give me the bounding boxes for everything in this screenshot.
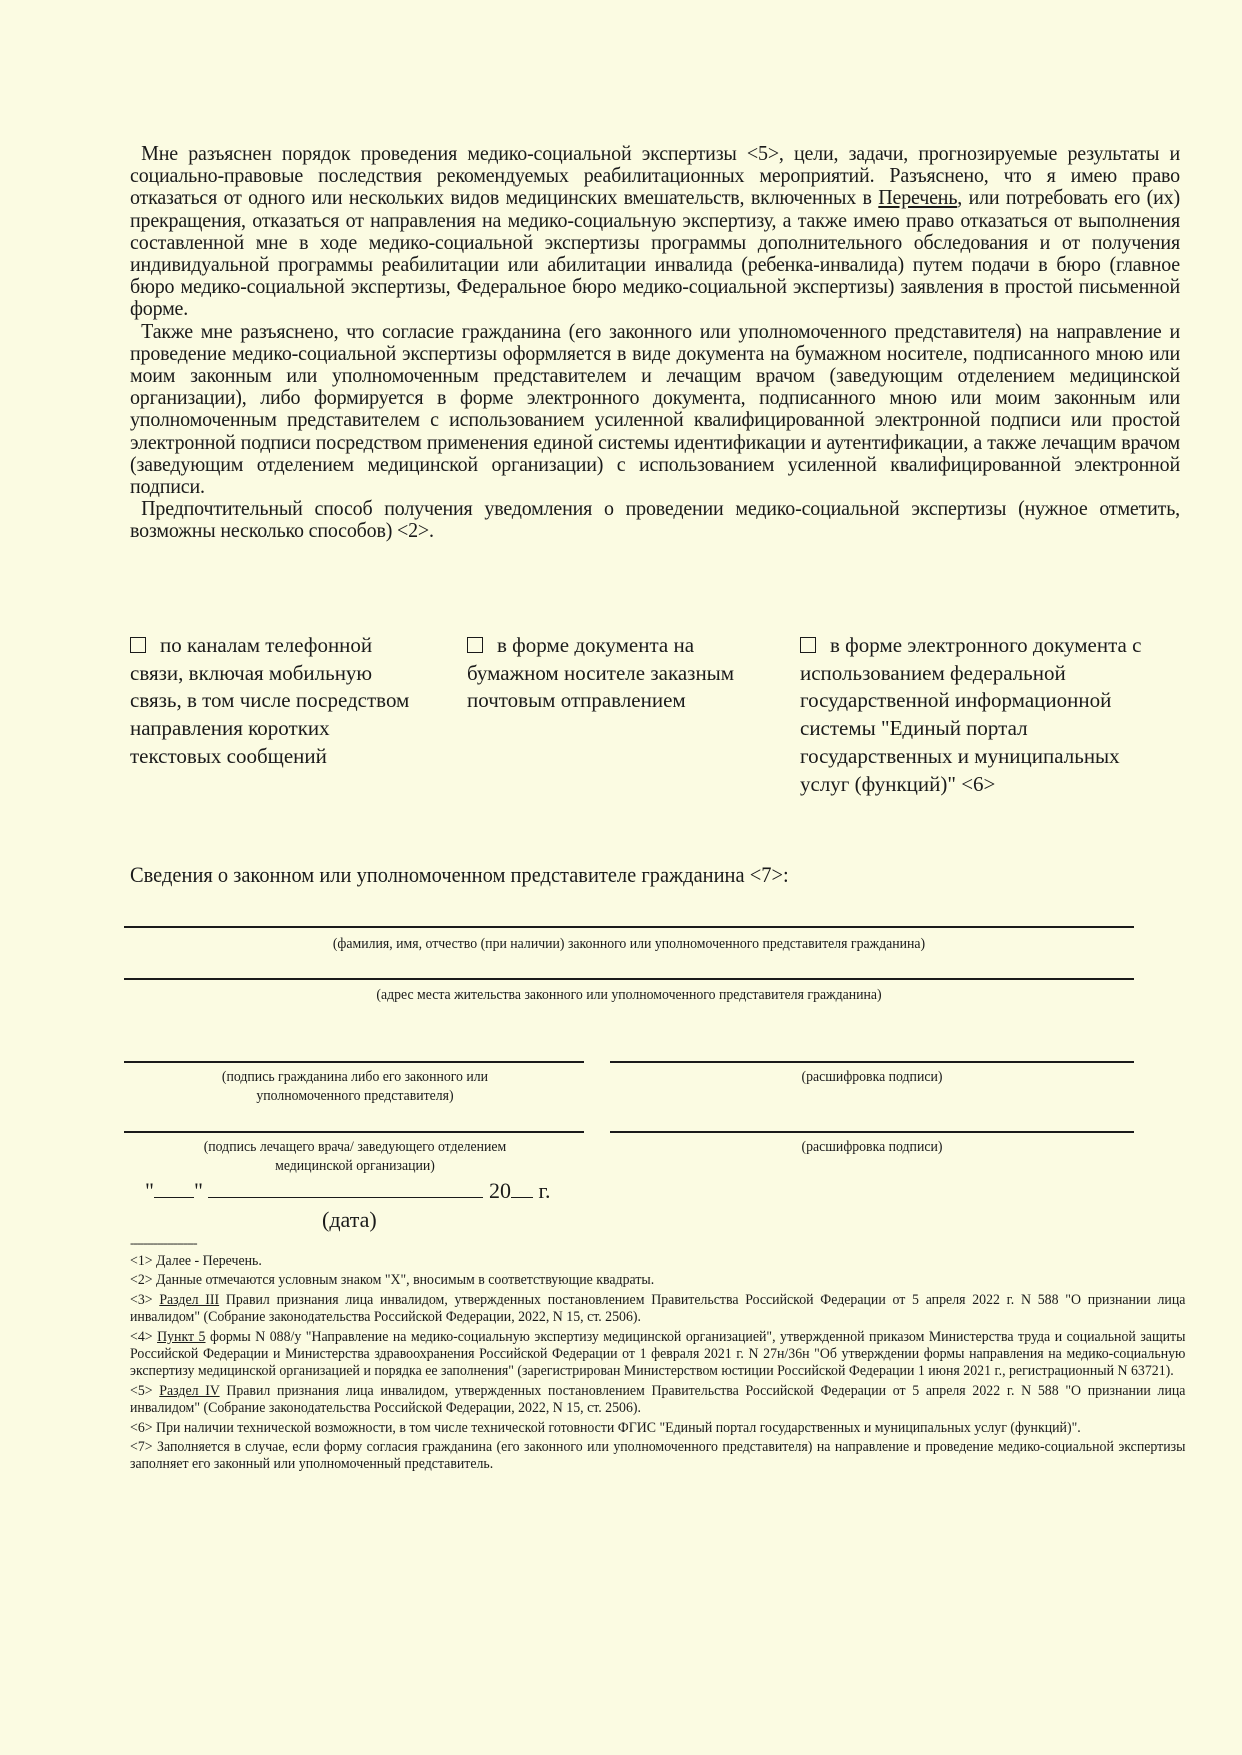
footnote-6: <6> При наличии технической возможности,… <box>130 1419 1185 1436</box>
footnote-1: <1> Далее - Перечень. <box>130 1252 1185 1269</box>
date-quote-close: " <box>194 1178 203 1204</box>
citizen-signature-caption: (подпись гражданина либо его законного и… <box>176 1068 535 1106</box>
option-phone: по каналам телефонной связи, включая моб… <box>130 632 420 771</box>
option-paper-mail: в форме документа на бумажном носителе з… <box>467 632 757 715</box>
representative-name-caption: (фамилия, имя, отчество (при наличии) за… <box>164 935 1093 954</box>
date-day-field[interactable] <box>154 1179 194 1198</box>
consent-body: Мне разъяснен порядок проведения медико-… <box>130 142 1180 542</box>
citizen-decode-caption: (расшифровка подписи) <box>631 1068 1113 1087</box>
paragraph-consent-form: Также мне разъяснено, что согласие гражд… <box>130 320 1180 498</box>
footnote-mark: <6> <box>130 1419 153 1436</box>
date-quote-open: " <box>145 1178 154 1204</box>
checkbox-paper-mail[interactable] <box>467 637 483 653</box>
citizen-decode-field[interactable] <box>610 1061 1134 1063</box>
perechen-link[interactable]: Перечень <box>878 185 957 209</box>
footnote-separator: -------------------- <box>130 1236 197 1250</box>
footnote-text: формы N 088/у "Направление на медико-соц… <box>130 1328 1185 1380</box>
footnote-mark: <3> <box>130 1291 153 1308</box>
footnote-5: <5> Раздел IV Правил признания лица инва… <box>130 1382 1185 1417</box>
footnote-text: Заполняется в случае, если форму согласи… <box>130 1438 1185 1472</box>
date-year-prefix: 20 <box>489 1178 511 1203</box>
footnote-mark: <4> <box>130 1328 153 1345</box>
doctor-decode-field[interactable] <box>610 1131 1134 1133</box>
footnote-2: <2> Данные отмечаются условным знаком "X… <box>130 1271 1185 1288</box>
option-phone-label: по каналам телефонной связи, включая моб… <box>130 633 409 768</box>
doctor-signature-field[interactable] <box>124 1131 584 1133</box>
paragraph-explanation: Мне разъяснен порядок проведения медико-… <box>130 142 1180 320</box>
date-row: "" 20 г. <box>145 1178 551 1204</box>
footnote-text: Правил признания лица инвалидом, утвержд… <box>130 1382 1185 1416</box>
doctor-decode-caption: (расшифровка подписи) <box>631 1138 1113 1157</box>
date-label: (дата) <box>322 1207 377 1233</box>
footnote-mark: <7> <box>130 1438 153 1455</box>
date-month-field[interactable] <box>208 1179 483 1198</box>
footnote-4: <4> Пункт 5 формы N 088/у "Направление н… <box>130 1328 1185 1380</box>
option-paper-mail-label: в форме документа на бумажном носителе з… <box>467 633 734 712</box>
paragraph-notification-method: Предпочтительный способ получения уведом… <box>130 497 1180 541</box>
document-page: Мне разъяснен порядок проведения медико-… <box>0 0 1242 1755</box>
footnote-3: <3> Раздел III Правил признания лица инв… <box>130 1291 1185 1326</box>
representative-title: Сведения о законном или уполномоченном п… <box>130 862 789 888</box>
footnote-text: Правил признания лица инвалидом, утвержд… <box>130 1291 1185 1325</box>
footnote-link-razdel-3[interactable]: Раздел III <box>159 1291 219 1308</box>
representative-address-caption: (адрес места жительства законного или уп… <box>164 986 1093 1005</box>
representative-address-field[interactable] <box>124 978 1134 980</box>
footnote-link-razdel-4[interactable]: Раздел IV <box>159 1382 219 1399</box>
date-year-suffix: г. <box>538 1178 550 1203</box>
option-gosuslugi: в форме электронного документа с использ… <box>800 632 1170 798</box>
footnote-text: Данные отмечаются условным знаком "X", в… <box>156 1271 654 1288</box>
footnote-mark: <2> <box>130 1271 153 1288</box>
footnote-link-punkt-5[interactable]: Пункт 5 <box>157 1328 205 1345</box>
checkbox-phone[interactable] <box>130 637 146 653</box>
date-year-field[interactable] <box>511 1179 533 1198</box>
checkbox-gosuslugi[interactable] <box>800 637 816 653</box>
option-gosuslugi-label: в форме электронного документа с использ… <box>800 633 1141 796</box>
citizen-signature-field[interactable] <box>124 1061 584 1063</box>
footnote-7: <7> Заполняется в случае, если форму сог… <box>130 1438 1185 1473</box>
representative-name-field[interactable] <box>124 926 1134 928</box>
footnote-text: Далее - Перечень. <box>156 1252 262 1269</box>
footnote-mark: <1> <box>130 1252 153 1269</box>
footnotes: <1> Далее - Перечень. <2> Данные отмечаю… <box>130 1252 1185 1475</box>
footnote-text: При наличии технической возможности, в т… <box>156 1419 1081 1436</box>
doctor-signature-caption: (подпись лечащего врача/ заведующего отд… <box>166 1138 543 1176</box>
footnote-mark: <5> <box>130 1382 153 1399</box>
